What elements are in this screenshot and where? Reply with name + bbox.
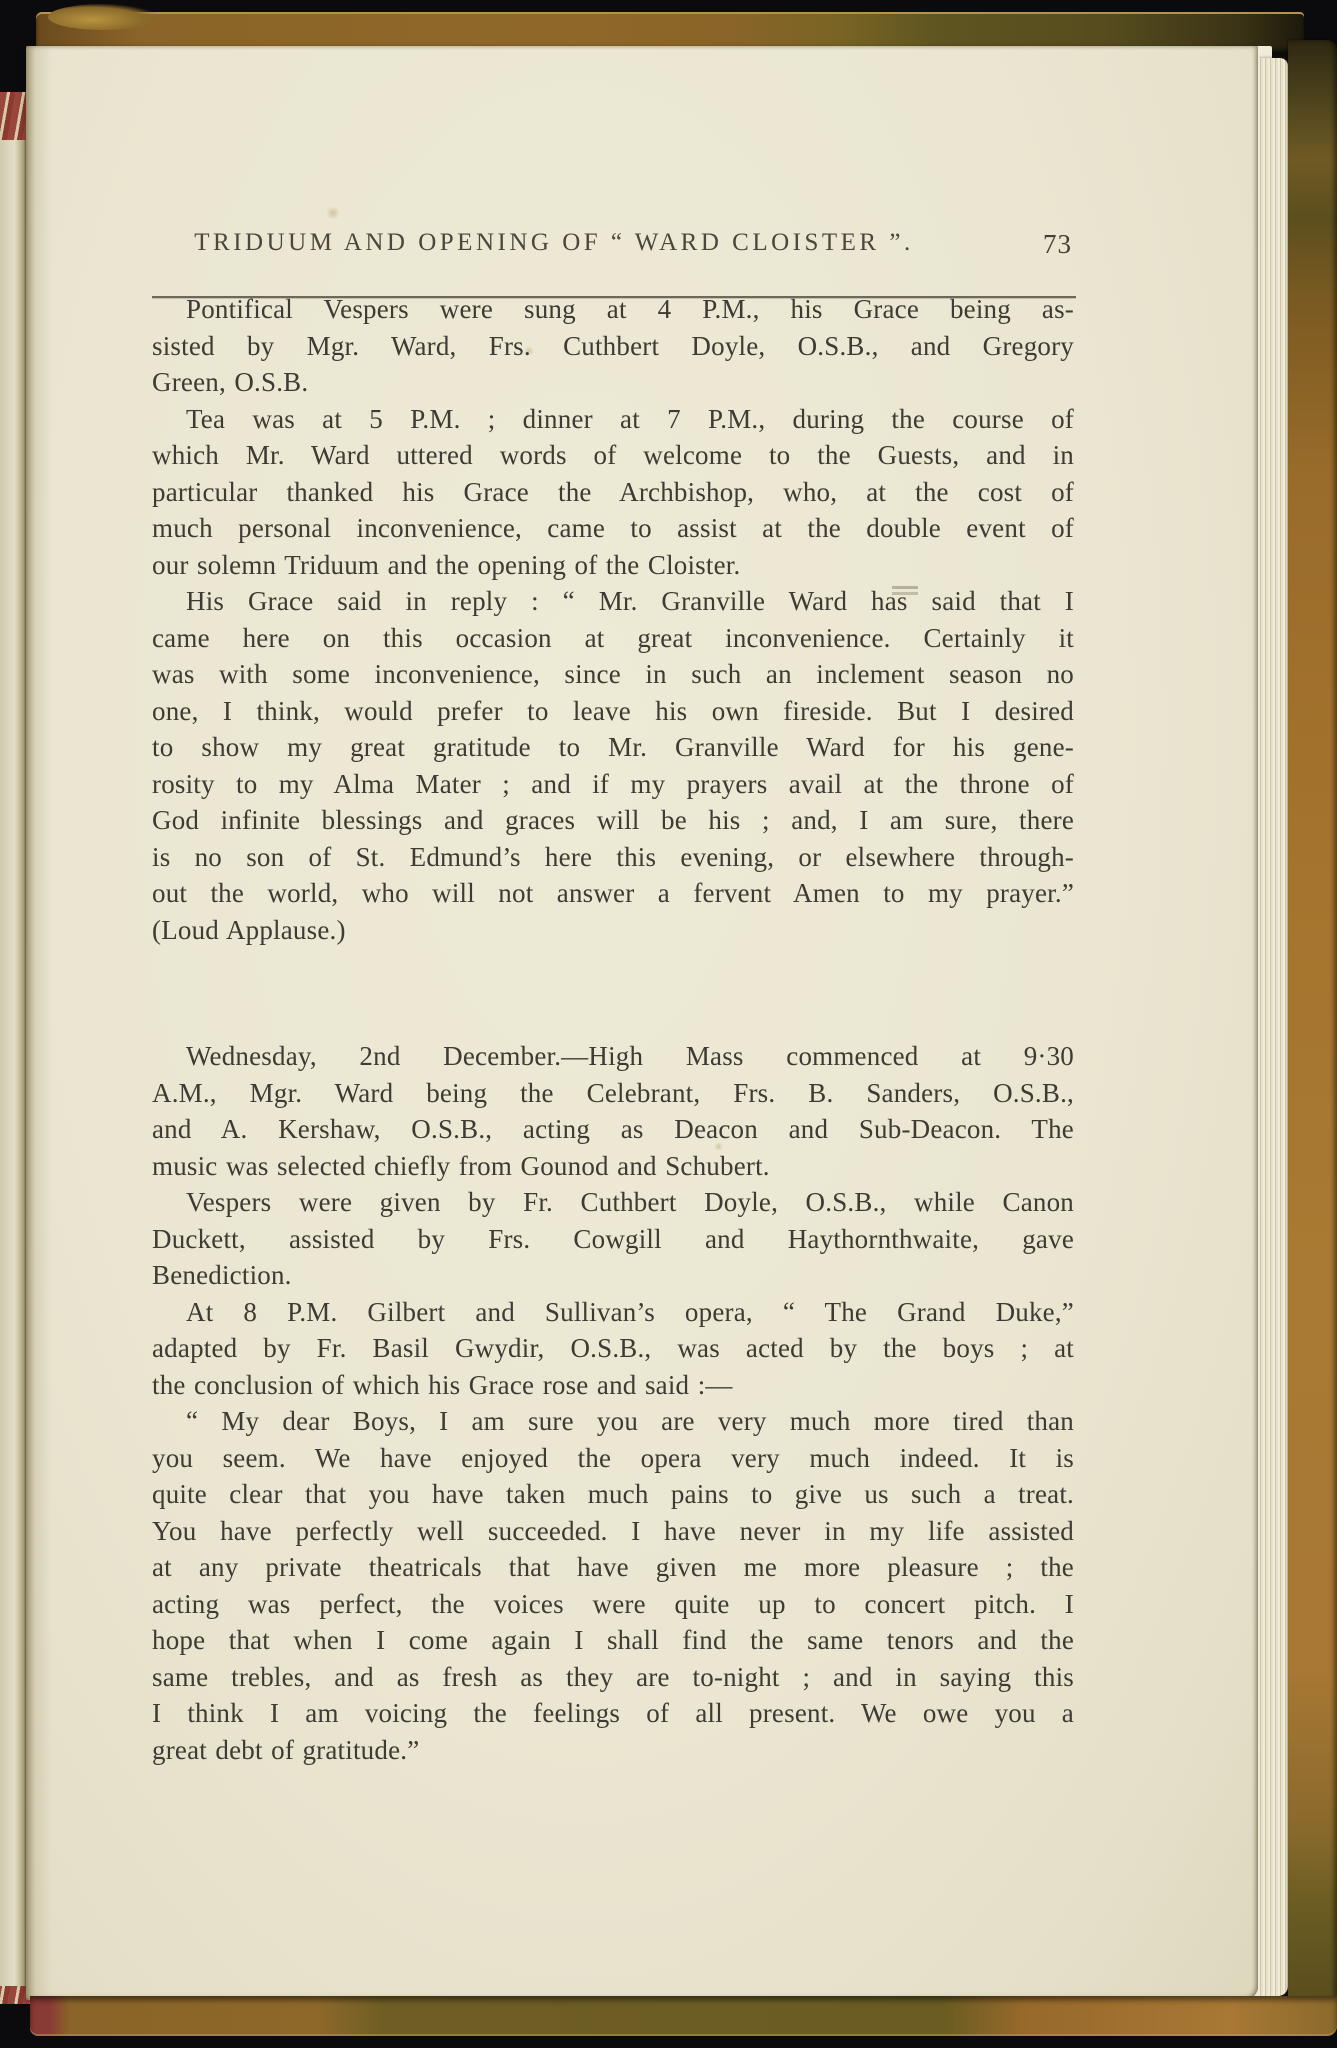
text-line: Green, O.S.B. [152, 364, 1074, 401]
text-line: Wednesday, 2nd December.—High Mass comme… [152, 1038, 1074, 1075]
text-line: out the world, who will not answer a fer… [152, 875, 1074, 912]
text-line: Tea was at 5 P.M. ; dinner at 7 P.M., du… [152, 401, 1074, 438]
paragraph: At 8 P.M. Gilbert and Sullivan’s opera, … [152, 1294, 1074, 1404]
paragraph: Pontifical Vespers were sung at 4 P.M., … [152, 291, 1074, 401]
text-line: acting was perfect, the voices were quit… [152, 1586, 1074, 1623]
text-line: hope that when I come again I shall find… [152, 1622, 1074, 1659]
text-line: adapted by Fr. Basil Gwydir, O.S.B., was… [152, 1330, 1074, 1367]
text-line: the conclusion of which his Grace rose a… [152, 1367, 1074, 1404]
text-line: particular thanked his Grace the Archbis… [152, 474, 1074, 511]
page-body-text: Pontifical Vespers were sung at 4 P.M., … [152, 291, 1074, 1768]
text-line: one, I think, would prefer to leave his … [152, 693, 1074, 730]
text-line: is no son of St. Edmund’s here this even… [152, 839, 1074, 876]
text-line: God infinite blessings and graces will b… [152, 802, 1074, 839]
paragraph: Tea was at 5 P.M. ; dinner at 7 P.M., du… [152, 401, 1074, 584]
text-line: which Mr. Ward uttered words of welcome … [152, 437, 1074, 474]
text-line: Vespers were given by Fr. Cuthbert Doyle… [152, 1184, 1074, 1221]
paragraph: His Grace said in reply : “ Mr. Granvill… [152, 583, 1074, 948]
text-line: His Grace said in reply : “ Mr. Granvill… [152, 583, 1074, 620]
text-line: At 8 P.M. Gilbert and Sullivan’s opera, … [152, 1294, 1074, 1331]
text-line: was with some inconvenience, since in su… [152, 656, 1074, 693]
text-line: to show my great gratitude to Mr. Granvi… [152, 729, 1074, 766]
text-line: music was selected chiefly from Gounod a… [152, 1148, 1074, 1185]
text-line: you seem. We have enjoyed the opera very… [152, 1440, 1074, 1477]
text-line: Duckett, assisted by Frs. Cowgill and Ha… [152, 1221, 1074, 1258]
page-number: 73 [1043, 229, 1072, 260]
foxing-spot [326, 206, 340, 220]
text-line: at any private theatricals that have giv… [152, 1549, 1074, 1586]
page-fore-edge-stack [1258, 58, 1288, 1996]
book-bottom-edge [30, 1996, 1337, 2036]
book-page: TRIDUUM AND OPENING OF “ WARD CLOISTER ”… [26, 46, 1258, 2000]
text-line: Pontifical Vespers were sung at 4 P.M., … [152, 291, 1074, 328]
text-line: much personal inconvenience, came to ass… [152, 510, 1074, 547]
text-line: our solemn Triduum and the opening of th… [152, 547, 1074, 584]
text-line: A.M., Mgr. Ward being the Celebrant, Frs… [152, 1075, 1074, 1112]
text-line: You have perfectly well succeeded. I hav… [152, 1513, 1074, 1550]
text-line: “ My dear Boys, I am sure you are very m… [152, 1403, 1074, 1440]
text-line: (Loud Applause.) [152, 912, 1074, 949]
gutter-crease-shadow [26, 46, 52, 2000]
text-line: came here on this occasion at great inco… [152, 620, 1074, 657]
text-line: sisted by Mgr. Ward, Frs. Cuthbert Doyle… [152, 328, 1074, 365]
paragraph: “ My dear Boys, I am sure you are very m… [152, 1403, 1074, 1768]
running-title: TRIDUUM AND OPENING OF “ WARD CLOISTER ”… [152, 229, 956, 257]
text-line: quite clear that you have taken much pai… [152, 1476, 1074, 1513]
paragraph: Vespers were given by Fr. Cuthbert Doyle… [152, 1184, 1074, 1294]
text-line: great debt of gratitude.” [152, 1732, 1074, 1769]
book-photo-scene: TRIDUUM AND OPENING OF “ WARD CLOISTER ”… [0, 0, 1337, 2048]
book-cover-right-board [1288, 40, 1337, 2026]
text-line: Benediction. [152, 1257, 1074, 1294]
text-line: rosity to my Alma Mater ; and if my pray… [152, 766, 1074, 803]
book-top-edge-frayed-cloth [48, 4, 158, 30]
text-line: same trebles, and as fresh as they are t… [152, 1659, 1074, 1696]
text-line: and A. Kershaw, O.S.B., acting as Deacon… [152, 1111, 1074, 1148]
paragraph: Wednesday, 2nd December.—High Mass comme… [152, 1038, 1074, 1184]
text-line: I think I am voicing the feelings of all… [152, 1695, 1074, 1732]
gutter-page-sliver [0, 140, 26, 1986]
running-head: TRIDUUM AND OPENING OF “ WARD CLOISTER ”… [152, 229, 1074, 265]
